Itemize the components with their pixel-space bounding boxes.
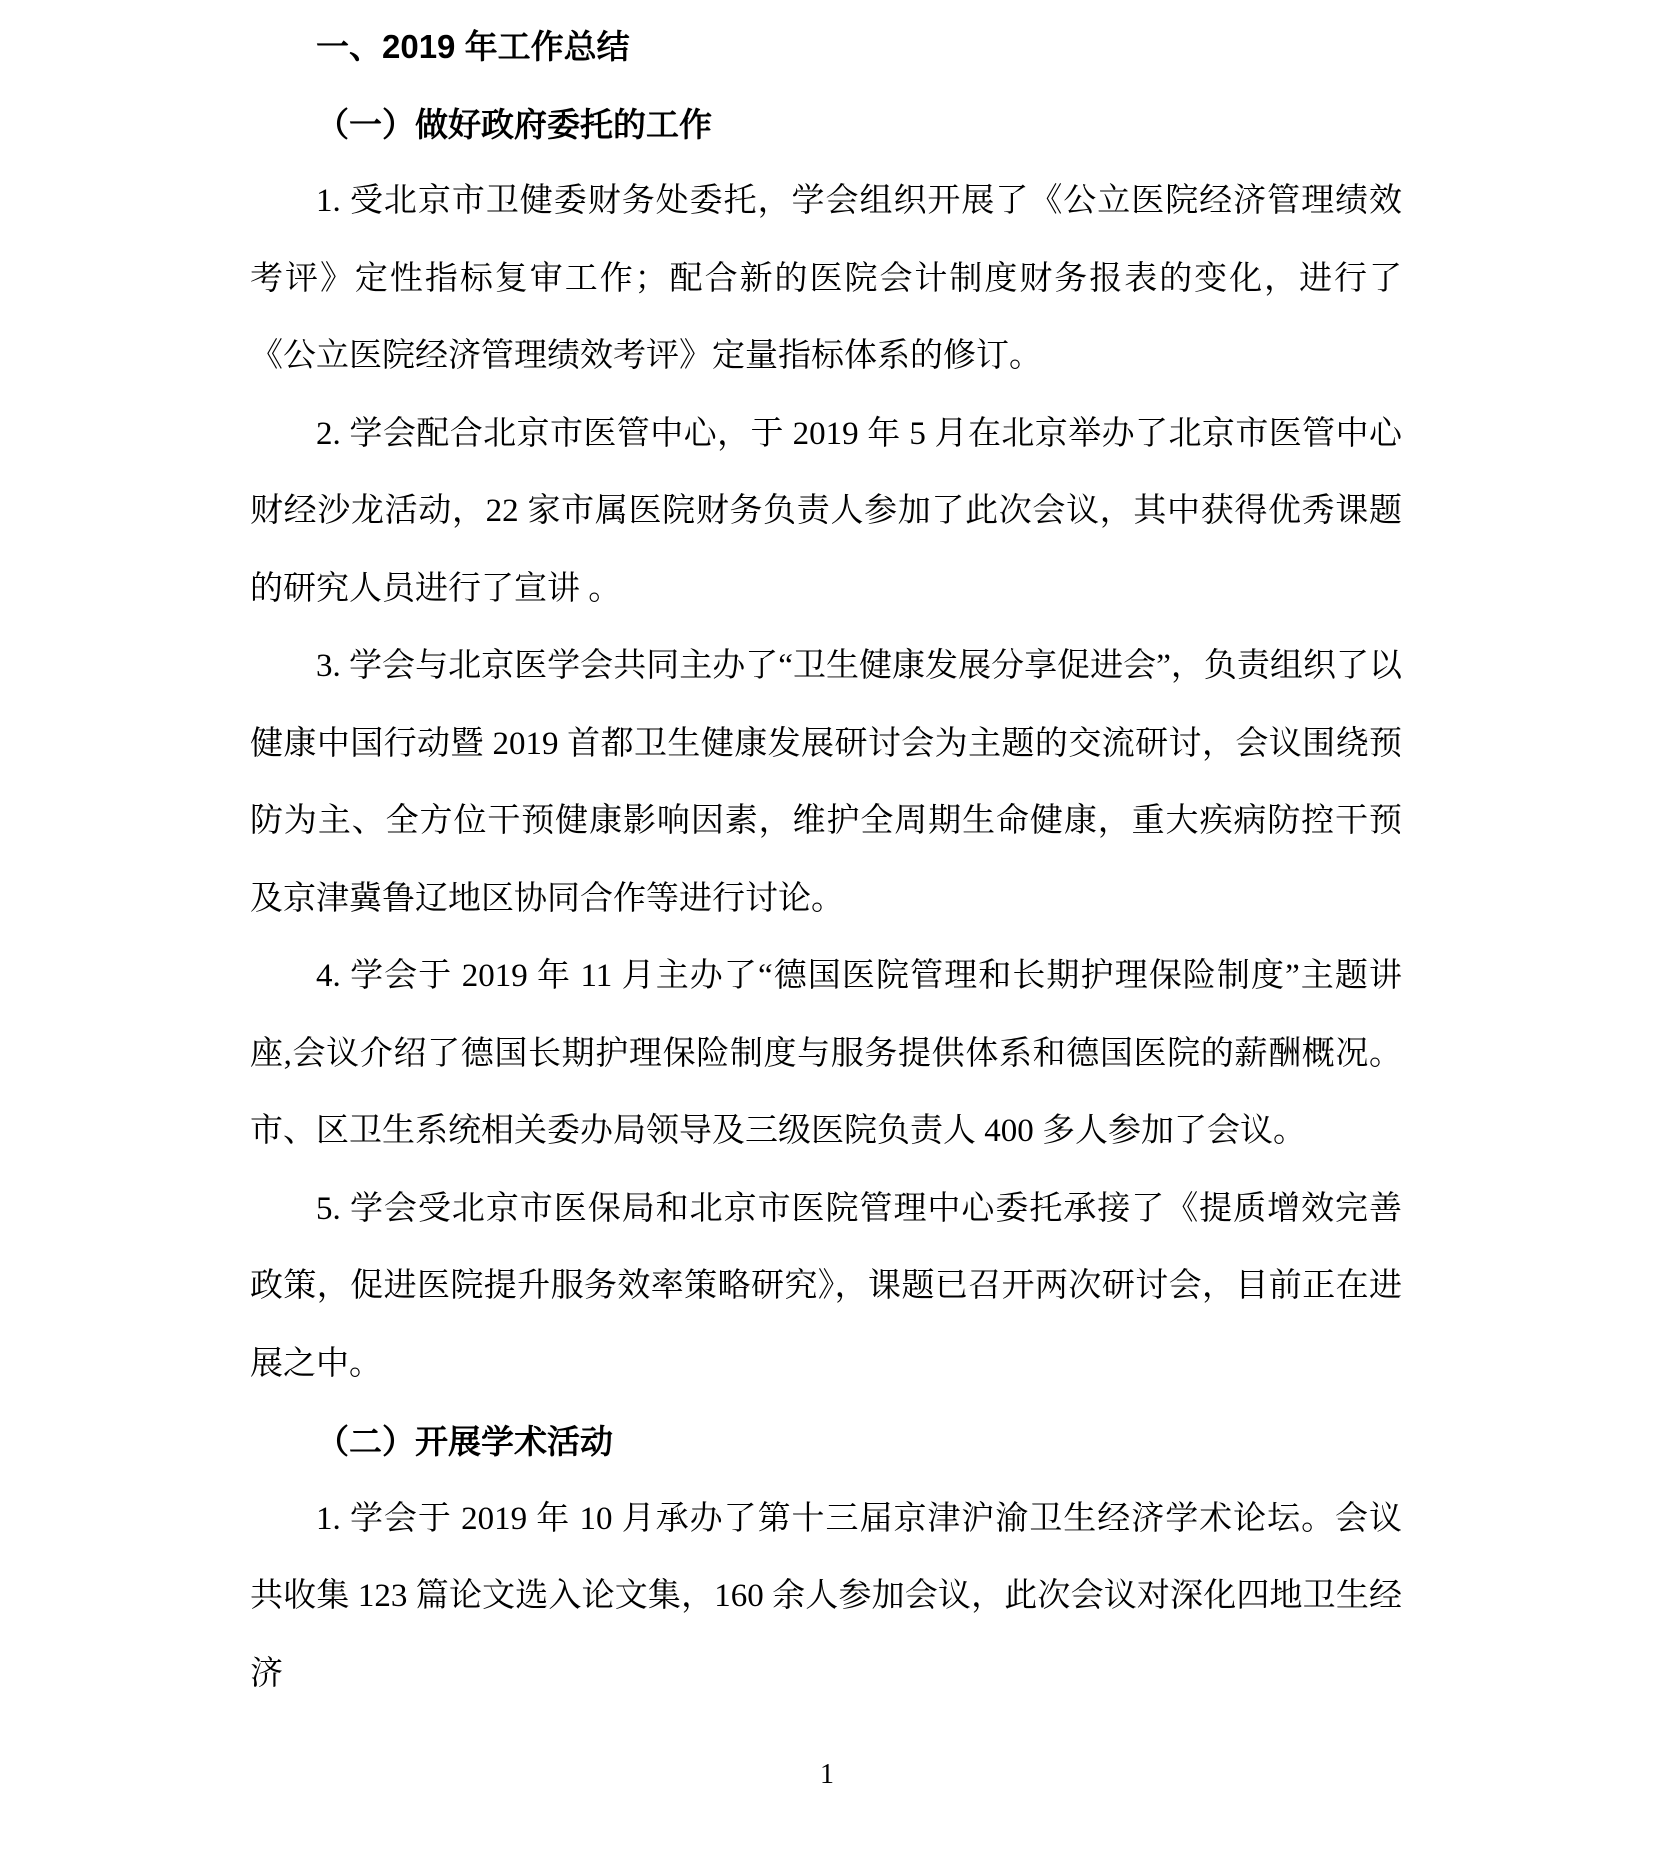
paragraph-gov-item-2: 2. 学会配合北京市医管中心，于 2019 年 5 月在北京举办了北京市医管中心… [250, 396, 1402, 629]
page-number: 1 [0, 1758, 1654, 1792]
paragraph-gov-item-1: 1. 受北京市卫健委财务处委托，学会组织开展了《公立医院经济管理绩效考评》定性指… [250, 163, 1402, 396]
heading-2019-work-summary: 一、2019 年工作总结 [250, 8, 1402, 86]
document-page: 一、2019 年工作总结 （一）做好政府委托的工作 1. 受北京市卫健委财务处委… [0, 0, 1654, 1860]
paragraph-gov-item-5: 5. 学会受北京市医保局和北京市医院管理中心委托承接了《提质增效完善政策，促进医… [250, 1171, 1402, 1404]
document-content: 一、2019 年工作总结 （一）做好政府委托的工作 1. 受北京市卫健委财务处委… [250, 8, 1402, 1713]
heading-section-2-academic-activities: （二）开展学术活动 [250, 1403, 1402, 1481]
heading-section-1-government-tasks: （一）做好政府委托的工作 [250, 86, 1402, 164]
paragraph-gov-item-4: 4. 学会于 2019 年 11 月主办了“德国医院管理和长期护理保险制度”主题… [250, 938, 1402, 1171]
paragraph-gov-item-3: 3. 学会与北京医学会共同主办了“卫生健康发展分享促进会”，负责组织了以健康中国… [250, 628, 1402, 938]
paragraph-academic-item-1: 1. 学会于 2019 年 10 月承办了第十三届京津沪渝卫生经济学术论坛。会议… [250, 1481, 1402, 1714]
